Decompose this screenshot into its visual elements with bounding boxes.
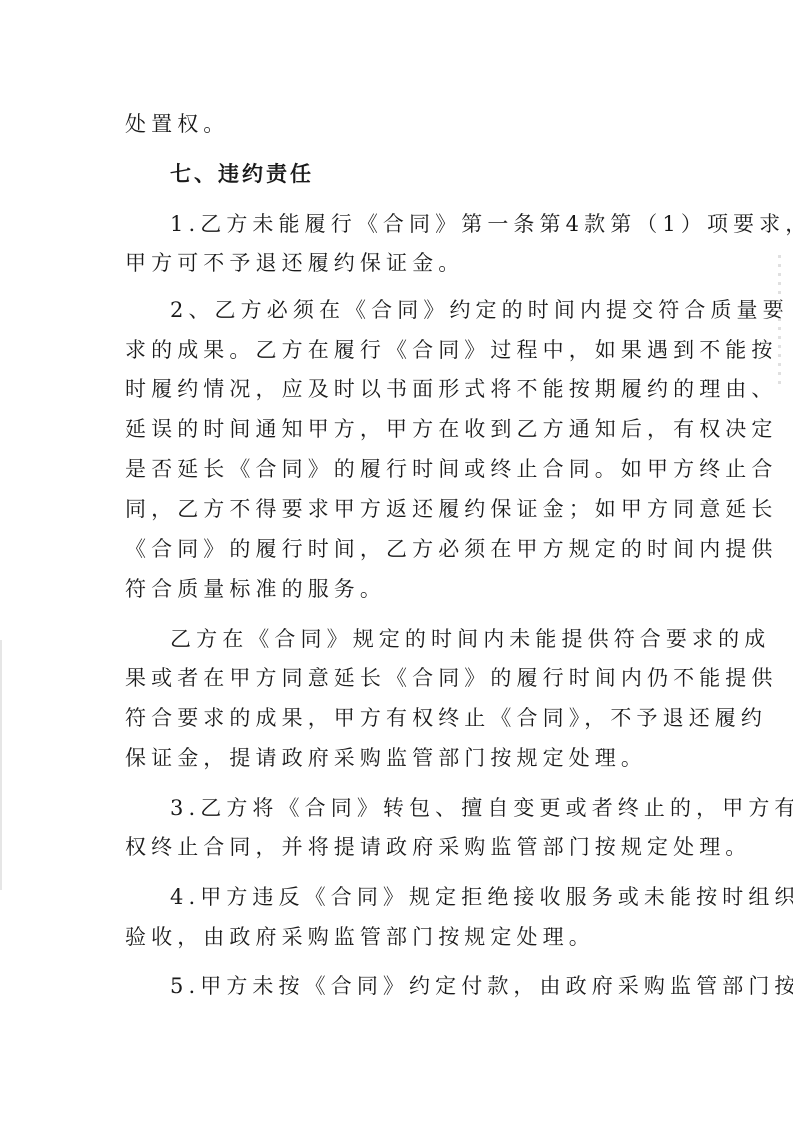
scan-artifact — [778, 255, 781, 385]
paragraph-line: 延误的时间通知甲方，甲方在收到乙方通知后，有权决定 — [125, 414, 685, 444]
paragraph-line: 符合要求的成果，甲方有权终止《合同》，不予退还履约 — [125, 703, 685, 733]
paragraph-line: 3.乙方将《合同》转包、擅自变更或者终止的，甲方有 — [170, 793, 730, 823]
paragraph-line: 验收，由政府采购监管部门按规定处理。 — [125, 922, 685, 952]
paragraph-line: 保证金，提请政府采购监管部门按规定处理。 — [125, 743, 685, 773]
paragraph-line: 4.甲方违反《合同》规定拒绝接收服务或未能按时组织 — [170, 882, 730, 912]
scan-edge-artifact — [0, 640, 2, 890]
paragraph-line: 甲方可不予退还履约保证金。 — [125, 248, 685, 278]
paragraph-line: 乙方在《合同》规定的时间内未能提供符合要求的成 — [170, 624, 730, 654]
paragraph-line: 权终止合同，并将提请政府采购监管部门按规定处理。 — [125, 832, 685, 862]
paragraph-line: 求的成果。乙方在履行《合同》过程中，如果遇到不能按 — [125, 335, 685, 365]
paragraph-line: 5.甲方未按《合同》约定付款，由政府采购监管部门按 — [170, 971, 730, 1001]
paragraph-line: 2、乙方必须在《合同》约定的时间内提交符合质量要 — [170, 295, 730, 325]
document-page: 处置权。 七、违约责任 1.乙方未能履行《合同》第一条第4款第（1）项要求， 甲… — [0, 0, 793, 1121]
paragraph-line: 符合质量标准的服务。 — [125, 574, 685, 604]
section-heading: 七、违约责任 — [170, 159, 730, 189]
paragraph-line: 时履约情况，应及时以书面形式将不能按期履约的理由、 — [125, 374, 685, 404]
paragraph-line: 同，乙方不得要求甲方返还履约保证金；如甲方同意延长 — [125, 494, 685, 524]
paragraph-line: 1.乙方未能履行《合同》第一条第4款第（1）项要求， — [170, 209, 730, 239]
paragraph-line: 是否延长《合同》的履行时间或终止合同。如甲方终止合 — [125, 454, 685, 484]
paragraph-line: 《合同》的履行时间，乙方必须在甲方规定的时间内提供 — [125, 534, 685, 564]
paragraph-line: 果或者在甲方同意延长《合同》的履行时间内仍不能提供 — [125, 663, 685, 693]
paragraph-line: 处置权。 — [125, 109, 685, 139]
